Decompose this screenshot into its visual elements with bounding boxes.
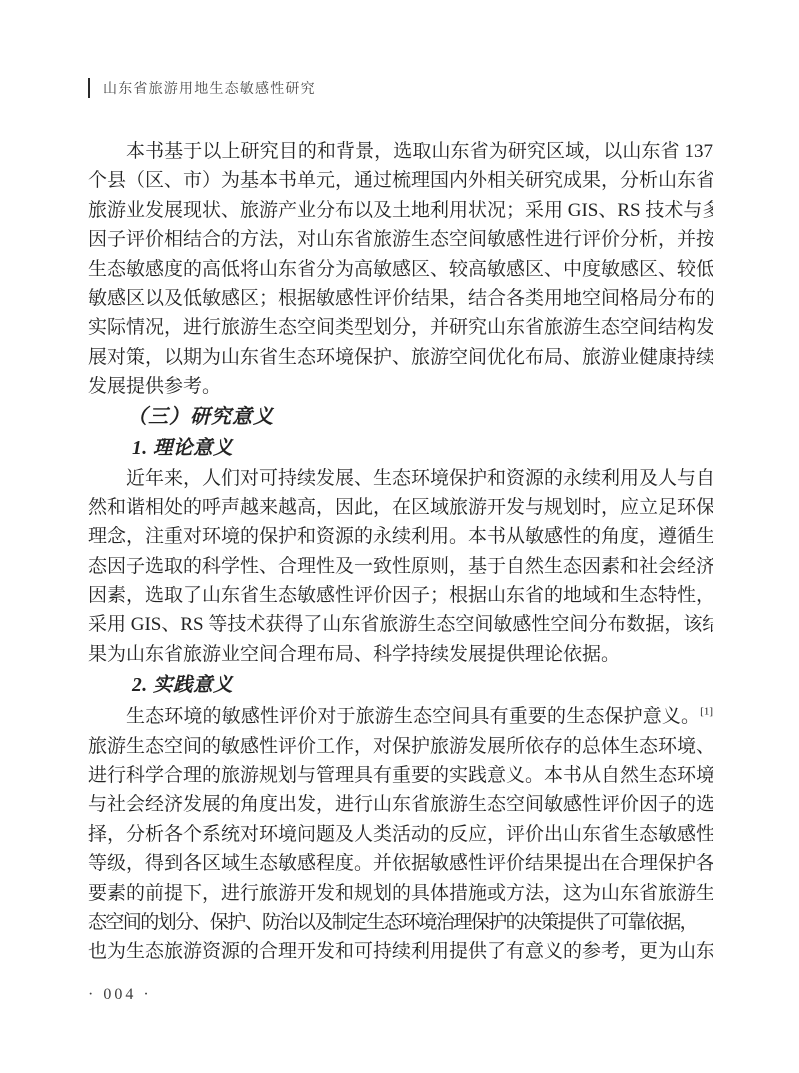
body-line: 本书基于以上研究目的和背景，选取山东省为研究区域，以山东省 137 <box>88 137 713 166</box>
body-line: 采用 GIS、RS 等技术获得了山东省旅游生态空间敏感性空间分布数据，该结 <box>88 610 713 639</box>
body-line: 择，分析各个系统对环境问题及人类活动的反应，评价出山东省生态敏感性 <box>88 820 713 849</box>
body-line: 果为山东省旅游业空间合理布局、科学持续发展提供理论依据。 <box>88 640 713 669</box>
header-rule-divider <box>88 78 90 98</box>
footnote-marker: [1] <box>700 706 713 718</box>
page-number: · 004 · <box>88 986 152 1004</box>
body-line: 理念，注重对环境的保护和资源的永续利用。本书从敏感性的角度，遵循生 <box>88 522 713 551</box>
body-line: 敏感区以及低敏感区；根据敏感性评价结果，结合各类用地空间格局分布的 <box>88 284 713 313</box>
body-line: 要素的前提下，进行旅游开发和规划的具体措施或方法，这为山东省旅游生 <box>88 879 713 908</box>
body-line: 旅游生态空间的敏感性评价工作，对保护旅游发展所依存的总体生态环境、 <box>88 732 713 761</box>
body-line: 实际情况，进行旅游生态空间类型划分，并研究山东省旅游生态空间结构发 <box>88 313 713 342</box>
body-line: 然和谐相处的呼声越来越高，因此，在区域旅游开发与规划时，应立足环保 <box>88 493 713 522</box>
body-line: 近年来，人们对可持续发展、生态环境保护和资源的永续利用及人与自 <box>88 464 713 493</box>
body-line: 因子评价相结合的方法，对山东省旅游生态空间敏感性进行评价分析，并按 <box>88 225 713 254</box>
body-text-column: 本书基于以上研究目的和背景，选取山东省为研究区域，以山东省 137 个县（区、市… <box>88 137 713 967</box>
body-line: 生态环境的敏感性评价对于旅游生态空间具有重要的生态保护意义。[1] <box>88 702 713 731</box>
body-line: 态因子选取的科学性、合理性及一致性原则，基于自然生态因素和社会经济 <box>88 552 713 581</box>
body-line: 个县（区、市）为基本书单元，通过梳理国内外相关研究成果，分析山东省 <box>88 166 713 195</box>
subsection-heading-theoretical-significance: 1. 理论意义 <box>88 433 713 464</box>
subsection-heading-practical-significance: 2. 实践意义 <box>88 669 713 702</box>
body-line: 与社会经济发展的角度出发，进行山东省旅游生态空间敏感性评价因子的选 <box>88 790 713 819</box>
body-line: 展对策，以期为山东省生态环境保护、旅游空间优化布局、旅游业健康持续 <box>88 343 713 372</box>
running-header: 山东省旅游用地生态敏感性研究 <box>88 77 316 99</box>
body-line: 生态敏感度的高低将山东省分为高敏感区、较高敏感区、中度敏感区、较低 <box>88 255 713 284</box>
body-line: 旅游业发展现状、旅游产业分布以及土地利用状况；采用 GIS、RS 技术与多 <box>88 196 713 225</box>
body-line: 态空间的划分、保护、防治以及制定生态环境治理保护的决策提供了可靠依据， <box>88 908 713 937</box>
book-page: 山东省旅游用地生态敏感性研究 本书基于以上研究目的和背景，选取山东省为研究区域，… <box>0 0 799 1073</box>
body-line: 等级，得到各区域生态敏感程度。并依据敏感性评价结果提出在合理保护各 <box>88 849 713 878</box>
body-line: 进行科学合理的旅游规划与管理具有重要的实践意义。本书从自然生态环境 <box>88 761 713 790</box>
body-line: 也为生态旅游资源的合理开发和可持续利用提供了有意义的参考，更为山东 <box>88 937 713 966</box>
section-heading-research-significance: （三）研究意义 <box>88 402 713 433</box>
body-line-text: 生态环境的敏感性评价对于旅游生态空间具有重要的生态保护意义。 <box>126 706 700 727</box>
body-line: 发展提供参考。 <box>88 372 713 401</box>
running-header-title: 山东省旅游用地生态敏感性研究 <box>103 78 316 98</box>
body-line: 因素，选取了山东省生态敏感性评价因子；根据山东省的地域和生态特性， <box>88 581 713 610</box>
